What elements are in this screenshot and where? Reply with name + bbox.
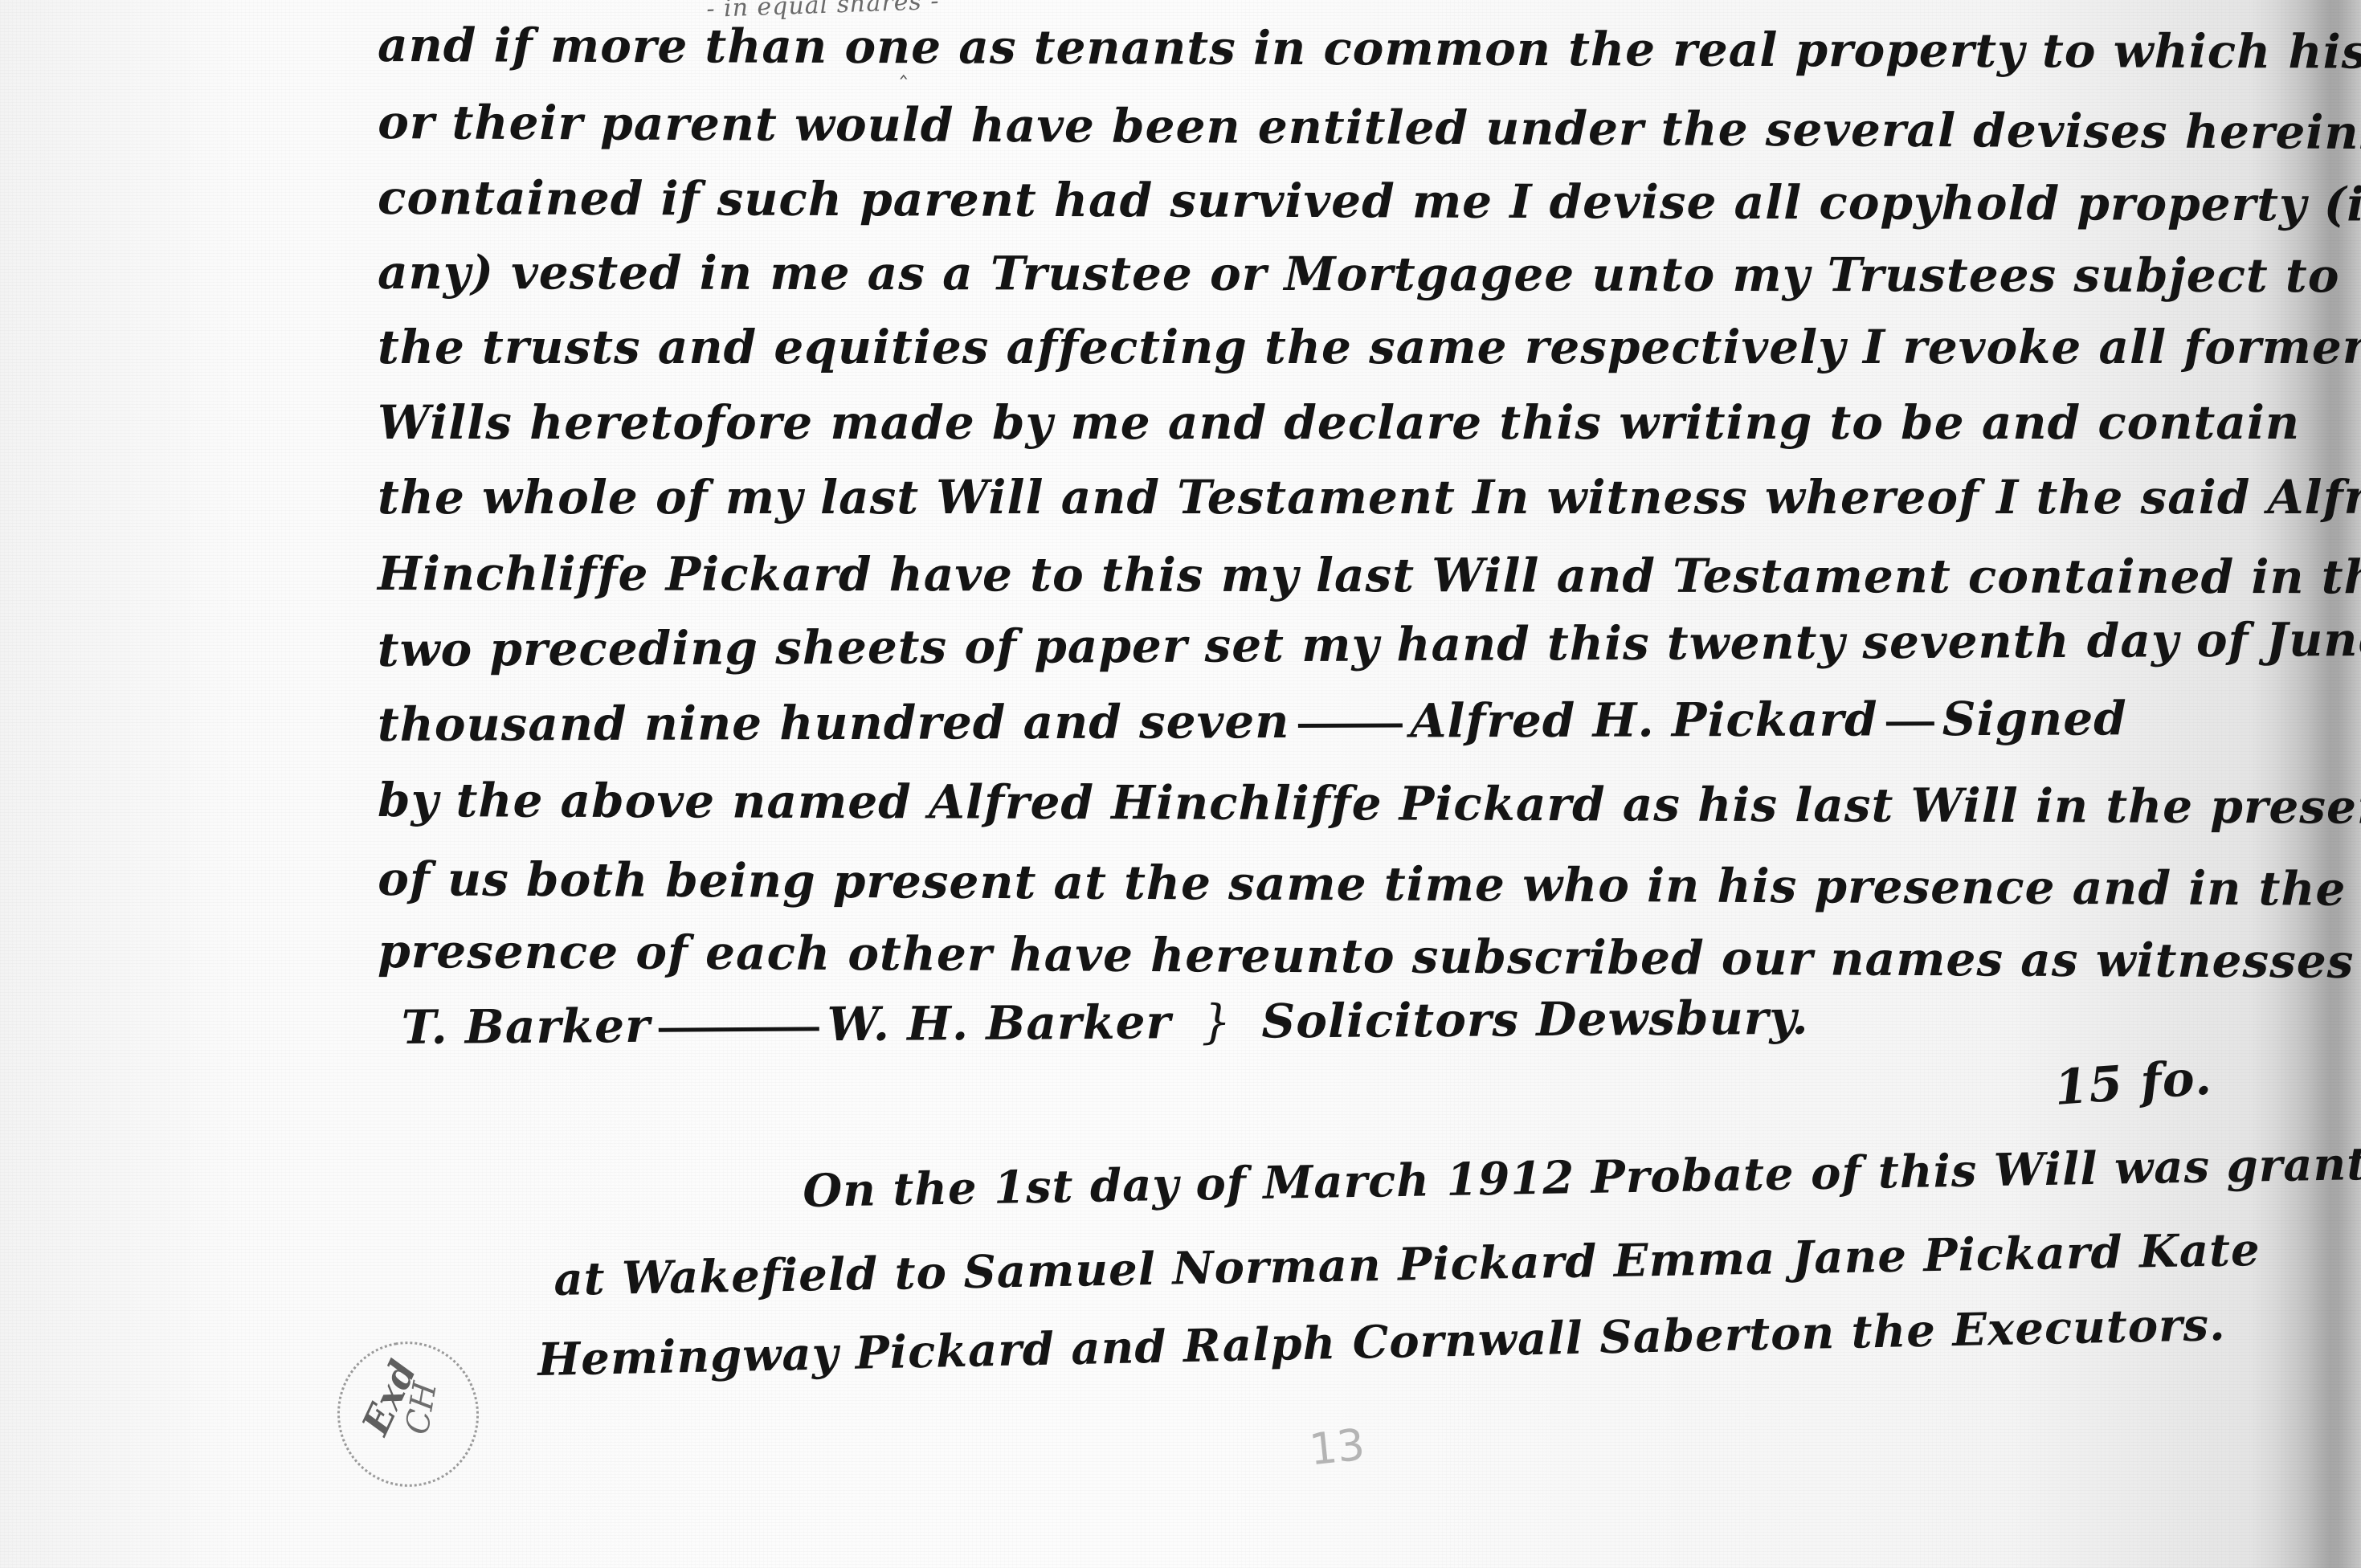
witness-1-signature: T. Barker — [402, 998, 651, 1055]
document-page: - in equal shares - ‸ and if more than o… — [0, 0, 2361, 1568]
will-line-13: presence of each other have hereunto sub… — [378, 924, 2361, 989]
signed-label: Signed — [1942, 691, 2127, 746]
stamp-text-initials: CH — [398, 1379, 444, 1437]
folio-mark: 15 fo. — [2053, 1049, 2213, 1117]
will-line-3: contained if such parent had survived me… — [378, 170, 2361, 232]
witness-line: T. BarkerW. H. Barker } Solicitors Dewsb… — [402, 990, 1809, 1055]
witness-designation: Solicitors Dewsbury. — [1261, 990, 1809, 1049]
signature-dash — [1297, 723, 1402, 727]
will-line-10: thousand nine hundred and sevenAlfred H.… — [378, 691, 2127, 752]
probate-line-2: at Wakefield to Samuel Norman Pickard Em… — [553, 1223, 2261, 1306]
will-line-5: the trusts and equities affecting the sa… — [378, 320, 2361, 374]
examined-stamp: Exd CH — [326, 1330, 491, 1498]
will-line-4: any) vested in me as a Trustee or Mortga… — [378, 245, 2339, 303]
date-line-text: thousand nine hundred and seven — [378, 694, 1290, 752]
will-line-8: Hinchliffe Pickard have to this my last … — [378, 546, 2361, 605]
brace: } — [1201, 994, 1232, 1049]
pencil-page-number: 13 — [1307, 1419, 1367, 1476]
probate-line-1: On the 1st day of March 1912 Probate of … — [803, 1137, 2361, 1218]
will-line-6: Wills heretofore made by me and declare … — [378, 395, 2300, 450]
will-line-12: of us both being present at the same tim… — [378, 851, 2347, 917]
testator-signature: Alfred H. Pickard — [1410, 692, 1877, 748]
will-line-1: and if more than one as tenants in commo… — [378, 18, 2361, 80]
signature-dash — [1886, 721, 1934, 725]
witness-2-signature: W. H. Barker — [827, 994, 1171, 1051]
will-line-11: by the above named Alfred Hinchliffe Pic… — [378, 773, 2361, 835]
witness-dash — [659, 1027, 819, 1031]
will-line-7: the whole of my last Will and Testament … — [378, 470, 2361, 525]
will-line-9: two preceding sheets of paper set my han… — [378, 611, 2361, 677]
probate-line-3: Hemingway Pickard and Ralph Cornwall Sab… — [537, 1298, 2227, 1386]
will-line-2: or their parent would have been entitled… — [378, 95, 2361, 161]
